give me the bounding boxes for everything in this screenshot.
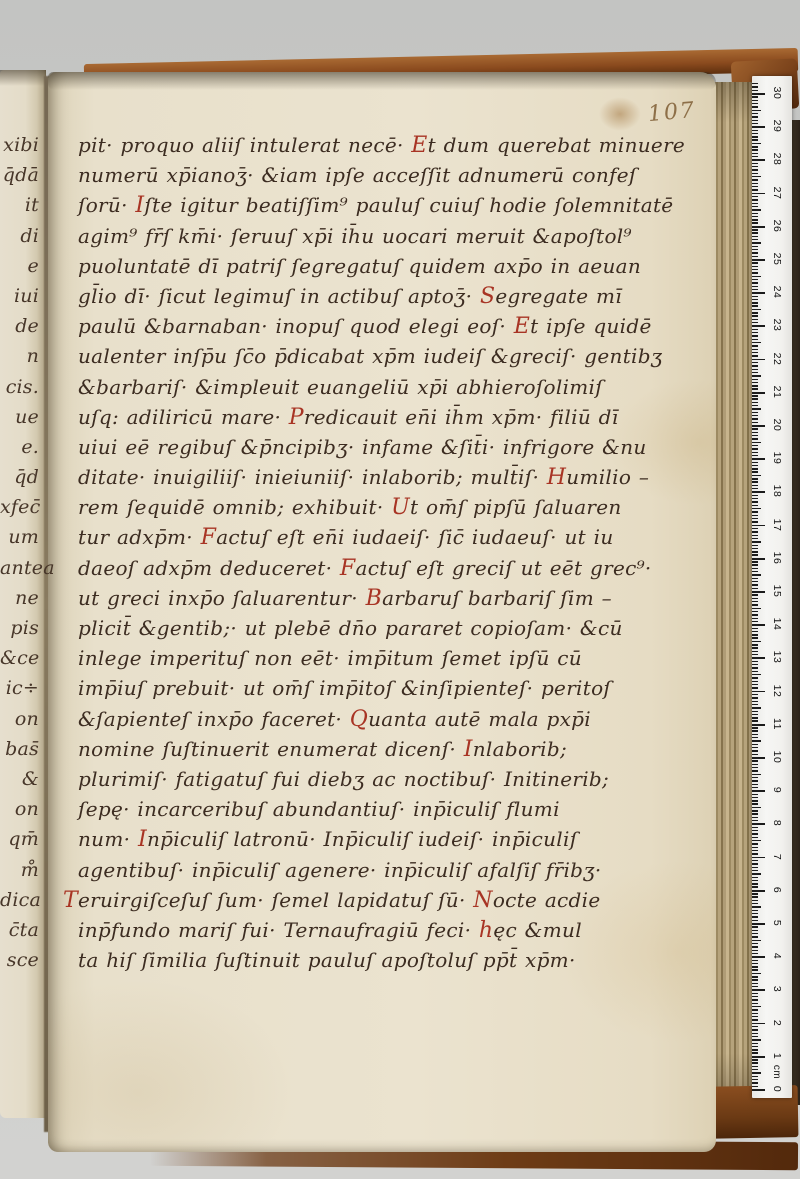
ruler-tick: [752, 1003, 758, 1004]
ruler-tick: [752, 714, 758, 715]
ruler-tick: [752, 661, 758, 662]
ruler-tick: [752, 551, 758, 552]
rubric-initial: U: [391, 495, 410, 520]
ruler-tick: [752, 213, 758, 214]
ruler-tick: [752, 873, 761, 874]
text-segment: gl̄io dī· ſicut legimuſ in actibuſ aptoʒ…: [78, 284, 480, 308]
text-segment: ſepę· incarceribuſ abundantiuſ· inp̄icul…: [78, 797, 560, 821]
ruler-tick: [752, 916, 758, 917]
ruler-number: 18: [771, 480, 783, 502]
facing-page-fragment: on: [0, 704, 41, 734]
ruler-tick: [752, 226, 765, 228]
ruler-tick: [752, 242, 761, 243]
ruler-tick: [752, 1056, 765, 1058]
ruler-tick: [752, 305, 758, 306]
ruler-number: 9: [771, 779, 783, 801]
ruler-tick: [752, 790, 765, 792]
ruler-tick: [752, 750, 758, 751]
text-segment: agentibuſ· inp̄iculiſ agenere· inp̄iculi…: [78, 858, 602, 882]
ruler-tick: [752, 634, 758, 635]
ruler-tick: [752, 813, 758, 814]
ruler-tick: [752, 1069, 758, 1070]
text-segment: pit· proquo aliiſ intulerat necē·: [78, 133, 411, 157]
ruler-tick: [752, 90, 758, 91]
ruler-tick: [752, 528, 758, 529]
ruler-tick: [752, 644, 758, 645]
ruler-number: 19: [771, 447, 783, 469]
ruler-tick: [752, 86, 758, 87]
ruler-number: 4: [771, 945, 783, 967]
ruler-tick: [752, 711, 758, 712]
facing-page-fragment: e.: [0, 432, 41, 462]
ruler-tick: [752, 657, 765, 659]
ruler-number: 12: [771, 680, 783, 702]
text-segment: imp̄iuſ prebuit· ut om̄ſ imp̄itoſ &inſip…: [78, 676, 611, 700]
ruler-tick: [752, 694, 758, 695]
ruler-tick: [752, 940, 761, 941]
ruler-tick: [752, 780, 758, 781]
ruler-tick: [752, 1036, 758, 1037]
ruler-tick: [752, 96, 758, 97]
rubric-initial: I: [138, 827, 147, 852]
ruler-tick: [752, 236, 758, 237]
facing-page-fragment: c̄ta: [0, 915, 41, 945]
ruler-tick: [752, 641, 761, 642]
ruler-tick: [752, 169, 758, 170]
ruler-tick: [752, 999, 758, 1000]
ruler-tick: [752, 289, 758, 290]
ruler-tick: [752, 442, 761, 443]
text-segment: num·: [78, 827, 138, 851]
text-segment: uſq: adiliricū mare·: [78, 405, 289, 429]
ruler-tick: [752, 893, 758, 894]
text-segment: ęc &mul: [493, 918, 582, 942]
ruler-number: 21: [771, 381, 783, 403]
ruler-tick: [752, 481, 758, 482]
manuscript-text-line: plicit̄ &gentib;· ut plebē dn̄o pararet …: [78, 613, 663, 643]
ruler-number: 13: [771, 646, 783, 668]
ruler-tick: [752, 120, 758, 121]
text-segment: inlege imperituſ non eēt· imp̄itum ſemet…: [78, 646, 582, 670]
facing-page-fragment: q̄dā: [0, 160, 41, 190]
ruler-tick: [752, 737, 758, 738]
ruler-tick: [752, 312, 758, 313]
text-segment: actuſ eſt greciſ ut eēt grec⁹·: [355, 556, 651, 580]
ruler-tick: [752, 764, 758, 765]
ruler-tick: [752, 647, 758, 648]
text-segment: ta hiſ ſimilia ſuſtinuit pauluſ apoſtolu…: [78, 948, 576, 972]
text-segment: tur adxp̄m·: [78, 525, 201, 549]
ruler-tick: [752, 445, 758, 446]
ruler-tick: [752, 877, 758, 878]
facing-page-fragment: m̊: [0, 855, 41, 885]
ruler-number: 30: [771, 82, 783, 104]
ruler-tick: [752, 960, 758, 961]
ruler-tick: [752, 498, 758, 499]
manuscript-text-line: ut greci inxp̄o ſaluarentur· Barbaruſ ba…: [78, 583, 663, 613]
ruler-number: 25: [771, 248, 783, 270]
measurement-ruler: 0123456789101112131415161718192021222324…: [752, 76, 792, 1098]
ruler-tick: [752, 588, 758, 589]
ruler-tick: [752, 833, 758, 834]
ruler-tick: [752, 146, 758, 147]
manuscript-text-line: imp̄iuſ prebuit· ut om̄ſ imp̄itoſ &inſip…: [78, 673, 663, 703]
rubric-initial: I: [464, 737, 473, 762]
ruler-tick: [752, 521, 758, 522]
ruler-tick: [752, 691, 765, 693]
ruler-tick: [752, 93, 765, 95]
ruler-tick: [752, 296, 758, 297]
ruler-tick: [752, 266, 758, 267]
ruler-tick: [752, 631, 758, 632]
ruler-tick: [752, 216, 758, 217]
ruler-tick: [752, 531, 758, 532]
ruler-tick: [752, 100, 758, 101]
ruler-tick: [752, 704, 758, 705]
ruler-tick: [752, 548, 758, 549]
ruler-tick: [752, 913, 758, 914]
ruler-tick: [752, 246, 758, 247]
text-segment: eruirgiſceſuſ ſum· ſemel lapidatuſ ſū·: [78, 888, 473, 912]
ruler-tick: [752, 671, 758, 672]
ruler-tick: [752, 322, 758, 323]
ruler-tick: [752, 986, 758, 987]
ruler-tick: [752, 651, 758, 652]
ruler-tick: [752, 392, 765, 394]
text-segment: ualenter inſp̄u ſc̄o p̄dicabat xp̄m iude…: [78, 344, 662, 368]
ruler-tick: [752, 133, 758, 134]
ruler-tick: [752, 966, 758, 967]
manuscript-text-line: daeoſ adxp̄m deduceret· Factuſ eſt greci…: [78, 553, 663, 583]
ruler-tick: [752, 561, 758, 562]
ruler-tick: [752, 979, 758, 980]
ruler-tick: [752, 153, 758, 154]
ruler-tick: [752, 259, 765, 261]
ruler-tick: [752, 558, 765, 560]
facing-page-fragment: de: [0, 311, 41, 341]
ruler-tick: [752, 707, 761, 708]
text-segment: &ſapienteſ inxp̄o faceret·: [78, 707, 350, 731]
rubric-initial: E: [411, 133, 427, 158]
text-segment: octe acdie: [493, 888, 601, 912]
ruler-tick: [752, 518, 758, 519]
ruler-tick: [752, 608, 761, 609]
rubric-initial: H: [547, 465, 567, 490]
ruler-tick: [752, 983, 758, 984]
ruler-tick: [752, 149, 758, 150]
facing-page-fragment: sce: [0, 945, 41, 975]
ruler-tick: [752, 784, 758, 785]
ruler-tick: [752, 880, 758, 881]
ruler-tick: [752, 823, 765, 825]
ruler-tick: [752, 564, 758, 565]
manuscript-text-line: plurimiſ· fatigatuſ fui diebʒ ac noctibu…: [78, 764, 663, 794]
ruler-tick: [752, 843, 758, 844]
ruler-tick: [752, 478, 758, 479]
ruler-tick: [752, 1049, 758, 1050]
ruler-tick: [752, 342, 761, 343]
facing-page-fragment: ne: [0, 583, 41, 613]
ruler-tick: [752, 777, 758, 778]
text-segment: ditate· inuigiliiſ· inieiuniiſ· inlabori…: [78, 465, 547, 489]
ruler-tick: [752, 594, 758, 595]
ruler-tick: [752, 415, 758, 416]
ruler-tick: [752, 1059, 758, 1060]
ruler-tick: [752, 319, 758, 320]
ruler-number: 10: [771, 746, 783, 768]
text-segment: t ipſe quidē: [530, 314, 652, 338]
ruler-tick: [752, 810, 758, 811]
ruler-tick: [752, 1082, 758, 1083]
ruler-tick: [752, 1009, 758, 1010]
ruler-tick: [752, 863, 758, 864]
ruler-tick: [752, 176, 761, 177]
ruler-tick: [752, 329, 758, 330]
ruler-tick: [752, 1033, 758, 1034]
ruler-number: 2: [771, 1012, 783, 1034]
manuscript-text-line: ſepę· incarceribuſ abundantiuſ· inp̄icul…: [78, 794, 663, 824]
ruler-tick: [752, 239, 758, 240]
ruler-tick: [752, 256, 758, 257]
rubric-initial: P: [289, 405, 304, 430]
ruler-tick: [752, 186, 758, 187]
ruler-tick: [752, 760, 758, 761]
ruler-tick: [752, 730, 758, 731]
facing-page-fragment: q̄d: [0, 462, 41, 492]
ruler-tick: [752, 130, 758, 131]
ruler-tick: [752, 545, 758, 546]
manuscript-text-line: ditate· inuigiliiſ· inieiuniiſ· inlabori…: [78, 462, 663, 492]
ruler-tick: [752, 568, 758, 569]
ruler-tick: [752, 1016, 758, 1017]
ruler-tick: [752, 976, 758, 977]
manuscript-text-line: num· Inp̄iculiſ latronū· Inp̄iculiſ iude…: [78, 824, 663, 854]
ruler-tick: [752, 1023, 765, 1025]
facing-page-fragment: bas̄: [0, 734, 41, 764]
ruler-tick: [752, 362, 758, 363]
ruler-tick: [752, 1039, 761, 1040]
ruler-tick: [752, 930, 758, 931]
facing-page-fragment: di: [0, 221, 41, 251]
text-segment: t dum querebat minuere: [428, 133, 685, 157]
ruler-tick: [752, 1043, 758, 1044]
text-segment: uanta autē mala pxp̄i: [368, 707, 591, 731]
ruler-tick: [752, 837, 758, 838]
ruler-tick: [752, 408, 761, 409]
ruler-tick: [752, 840, 761, 841]
text-segment: puoluntatē dī patriſ ſegregatuſ quidem a…: [78, 254, 641, 278]
text-segment: agim⁹ fr̄ſ km̄i· ſeruuſ xp̄i ih̄u uocari…: [78, 224, 632, 248]
text-segment: nomine ſuſtinuerit enumerat dicenſ·: [78, 737, 464, 761]
text-segment: ſte igitur beatiſſim⁹ pauluſ cuiuſ hodie…: [144, 193, 673, 217]
ruler-tick: [752, 199, 758, 200]
ruler-tick: [752, 953, 758, 954]
text-segment: ſorū·: [78, 193, 135, 217]
ruler-tick: [752, 302, 758, 303]
facing-page-fragment: cis.: [0, 372, 41, 402]
manuscript-text-line: numerū xp̄ianoʒ̄· &iam ipſe acceſſit adn…: [78, 160, 663, 190]
ruler-tick: [752, 973, 761, 974]
manuscript-text-line: &ſapienteſ inxp̄o faceret· Quanta autē m…: [78, 704, 663, 734]
ruler-tick: [752, 664, 758, 665]
text-segment: actuſ eſt en̄i iudaeiſ· ſic̄ iudaeuſ· ut…: [216, 525, 613, 549]
ruler-tick: [752, 1086, 758, 1087]
ruler-tick: [752, 352, 758, 353]
ruler-tick: [752, 1079, 758, 1080]
rubric-initial: N: [473, 888, 493, 913]
ruler-tick: [752, 637, 758, 638]
ruler-tick: [752, 508, 761, 509]
ruler-tick: [752, 349, 758, 350]
text-segment: numerū xp̄ianoʒ̄· &iam ipſe acceſſit adn…: [78, 163, 637, 187]
ruler-tick: [752, 332, 758, 333]
ruler-tick: [752, 455, 758, 456]
text-segment: &barbariſ· &impleuit euangeliū xp̄i abhi…: [78, 375, 603, 399]
ruler-tick: [752, 425, 765, 427]
ruler-tick: [752, 923, 765, 925]
manuscript-text-line: uſq: adiliricū mare· Predicauit en̄i ih̄…: [78, 402, 663, 432]
text-segment: daeoſ adxp̄m deduceret·: [78, 556, 340, 580]
ruler-tick: [752, 850, 758, 851]
ruler-tick: [752, 993, 758, 994]
ruler-tick: [752, 847, 758, 848]
ruler-tick: [752, 681, 758, 682]
text-segment: plicit̄ &gentib;· ut plebē dn̄o pararet …: [78, 616, 623, 640]
ruler-tick: [752, 950, 758, 951]
ruler-tick: [752, 359, 765, 361]
ruler-tick: [752, 262, 758, 263]
manuscript-text-line: Teruirgiſceſuſ ſum· ſemel lapidatuſ ſū· …: [63, 885, 663, 915]
facing-page-fragment: qm̄: [0, 824, 41, 854]
manuscript-text-block: pit· proquo aliiſ intulerat necē· Et dum…: [78, 130, 663, 975]
ruler-tick: [752, 209, 761, 210]
ruler-tick: [752, 525, 765, 527]
ruler-tick: [752, 674, 761, 675]
ruler-tick: [752, 820, 758, 821]
ruler-tick: [752, 989, 765, 991]
ruler-tick: [752, 379, 758, 380]
ruler-tick: [752, 339, 758, 340]
ruler-tick: [752, 910, 758, 911]
ruler-tick: [752, 1013, 758, 1014]
ruler-number: 7: [771, 846, 783, 868]
ruler-tick: [752, 1029, 758, 1030]
ruler-tick: [752, 505, 758, 506]
ruler-tick: [752, 903, 758, 904]
ruler-tick: [752, 475, 761, 476]
ruler-tick: [752, 196, 758, 197]
folio-number: 107: [647, 98, 697, 127]
ruler-tick: [752, 830, 758, 831]
ruler-tick: [752, 624, 765, 626]
manuscript-text-line: &barbariſ· &impleuit euangeliū xp̄i abhi…: [78, 372, 663, 402]
ruler-tick: [752, 628, 758, 629]
manuscript-text-line: pit· proquo aliiſ intulerat necē· Et dum…: [78, 130, 663, 160]
ruler-tick: [752, 1006, 761, 1007]
text-segment: umilio –: [566, 465, 649, 489]
ruler-tick: [752, 860, 758, 861]
ruler-number: 22: [771, 348, 783, 370]
rubric-initial: E: [514, 314, 530, 339]
ruler-tick: [752, 1019, 758, 1020]
facing-page-fragment: dica: [0, 885, 41, 915]
ruler-number: 28: [771, 148, 783, 170]
facing-page-fragment: &: [0, 764, 41, 794]
ruler-tick: [752, 727, 758, 728]
ruler-tick: [752, 488, 758, 489]
ruler-tick: [752, 173, 758, 174]
ruler-tick: [752, 581, 758, 582]
ruler-tick: [752, 817, 758, 818]
ruler-tick: [752, 757, 765, 759]
ruler-tick: [752, 936, 758, 937]
ruler-tick: [752, 584, 758, 585]
ruler-tick: [752, 867, 758, 868]
ruler-tick: [752, 471, 758, 472]
ruler-tick: [752, 345, 758, 346]
text-segment: egregate mī: [495, 284, 622, 308]
ruler-tick: [752, 116, 758, 117]
ruler-tick: [752, 857, 765, 859]
ruler-tick: [752, 335, 758, 336]
ruler-number: 27: [771, 182, 783, 204]
ruler-tick: [752, 422, 758, 423]
ruler-tick: [752, 511, 758, 512]
ruler-tick: [752, 126, 765, 128]
ruler-tick: [752, 767, 758, 768]
ruler-tick: [752, 485, 758, 486]
ruler-number: 16: [771, 547, 783, 569]
ruler-tick: [752, 491, 765, 493]
manuscript-text-line: rem ſequidē omnib; exhibuit· Ut om̄ſ pip…: [78, 492, 663, 522]
ruler-tick: [752, 946, 758, 947]
ruler-tick: [752, 252, 758, 253]
ruler-tick: [752, 754, 758, 755]
ruler-tick: [752, 402, 758, 403]
ruler-tick: [752, 232, 758, 233]
ruler-tick: [752, 286, 758, 287]
ruler-tick: [752, 870, 758, 871]
ruler-tick: [752, 219, 758, 220]
ruler-tick: [752, 611, 758, 612]
ruler-tick: [752, 896, 758, 897]
ruler-tick: [752, 206, 758, 207]
ruler-tick: [752, 282, 758, 283]
manuscript-text-line: agim⁹ fr̄ſ km̄i· ſeruuſ xp̄i ih̄u uocari…: [78, 221, 663, 251]
ruler-tick: [752, 249, 758, 250]
facing-page-fragment: um: [0, 522, 41, 552]
ruler-tick: [752, 143, 761, 144]
ruler-number: 24: [771, 281, 783, 303]
ruler-tick: [752, 906, 761, 907]
ruler-tick: [752, 654, 758, 655]
ruler-tick: [752, 697, 758, 698]
manuscript-text-line: ualenter inſp̄u ſc̄o p̄dicabat xp̄m iude…: [78, 341, 663, 371]
ruler-number: 8: [771, 812, 783, 834]
ruler-tick: [752, 452, 758, 453]
ruler-tick: [752, 229, 758, 230]
ruler-tick: [752, 166, 758, 167]
ruler-tick: [752, 591, 765, 593]
ruler-tick: [752, 183, 758, 184]
ruler-tick: [752, 747, 758, 748]
ruler-tick: [752, 123, 758, 124]
rubric-initial: B: [366, 586, 382, 611]
ruler-tick: [752, 269, 758, 270]
ruler-tick: [752, 315, 758, 316]
ruler-tick: [752, 272, 758, 273]
text-segment: t om̄ſ pipſū ſaluaren: [410, 495, 622, 519]
